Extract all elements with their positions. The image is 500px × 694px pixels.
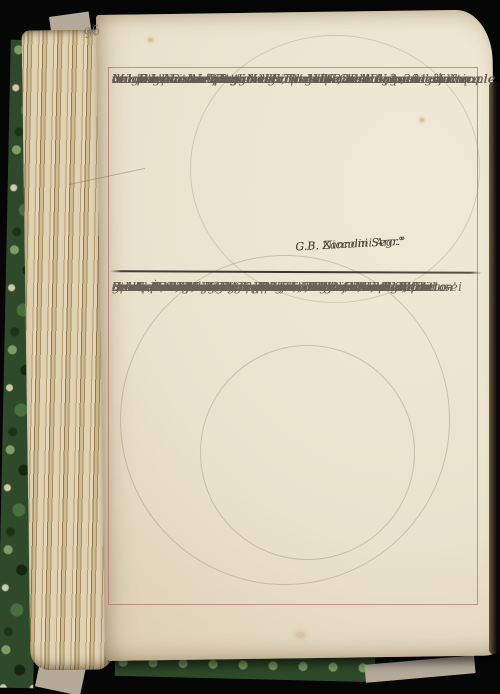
red-ruled-frame — [108, 67, 478, 605]
handwritten-line: opera in due tomi trattante della fortun… — [112, 279, 428, 295]
paper-stain — [296, 632, 305, 638]
paper-stain — [148, 38, 153, 42]
handwritten-line: ha compiuta e presentata la lettera A. — [112, 71, 372, 88]
cover-cloth-edge-bottom-right — [364, 655, 475, 683]
manuscript-photo: 96 L'Accademico Nesti, il N.° 280 col qu… — [0, 0, 500, 694]
book-gutter-shadow — [489, 82, 500, 654]
